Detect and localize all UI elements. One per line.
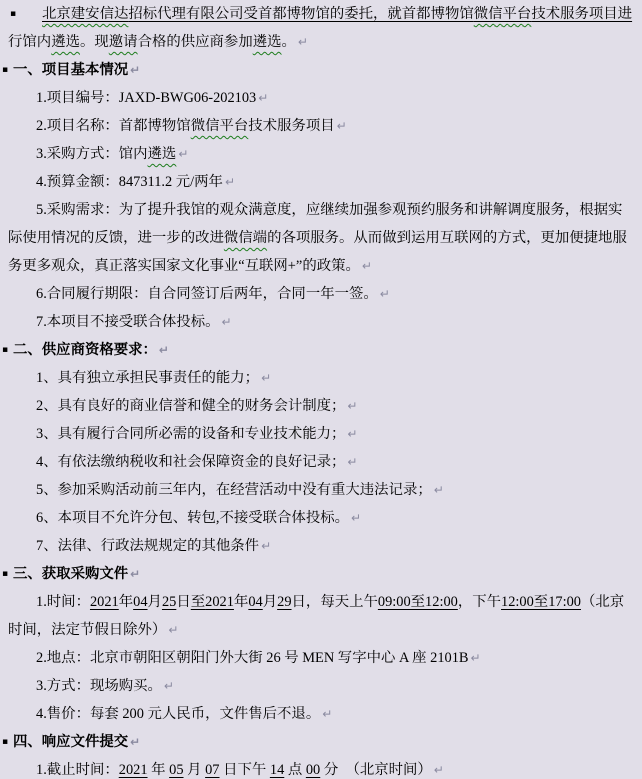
paragraph-mark-icon: ↵ [345,427,357,441]
text-run: 2.地点：北京市朝阳区朝阳门外大街 26 号 MEN 写字中心 A 座 2101… [36,650,469,666]
text-run: 6.合同履行期限：自合同签订后两年，合同一年一签。 [36,286,378,302]
text-run: 4、有依法缴纳税收和社会保障资金的良好记录； [36,454,345,470]
paragraph-mark-icon: ↵ [345,455,357,469]
text-run: 3.方式：现场购买。 [36,678,162,694]
paragraph-mark-icon: ↵ [259,371,271,385]
paragraph-mark-icon: ↵ [223,175,235,189]
text-run: 三、获取采购文件 [13,566,128,582]
list-item: 2、具有良好的商业信誉和健全的财务会计制度；↵ [8,392,636,420]
list-item: 1、具有独立承担民事责任的能力；↵ [8,364,636,392]
paragraph-mark-icon: ↵ [296,35,308,49]
bullet-square-icon: ▪ [2,336,8,364]
text-run: 2021 [90,594,119,610]
text-run: 2.项目名称：首都博物馆 [36,118,191,134]
text-run: 2021 [119,762,148,778]
text-run: 4.预算金额：847311.2 元/两年 [36,174,223,190]
paragraph-mark-icon: ↵ [378,287,390,301]
text-run: 4.售价：每套 200 元人民币，文件售后不退。 [36,706,320,722]
text-run: 7.本项目不接受联合体投标。 [36,314,219,330]
section-heading: ▪三、获取采购文件↵ [13,560,636,588]
text-run: 04 [248,594,262,610]
text-run: 一、项目基本情况 [13,62,128,78]
bullet-square-icon: ▪ [2,560,8,588]
text-run: （北京时间） [345,762,431,778]
list-item: 3.采购方式：馆内遴选↵ [8,140,636,168]
text-run: 微信平台 [474,6,532,22]
text-run: 分 [320,762,345,778]
paragraph-mark-icon: ↵ [432,763,444,777]
text-run: 行馆内 [8,34,51,50]
text-run: 合格的供应商参加 [138,34,253,50]
list-item: 5.采购需求：为了提升我馆的观众满意度，应继续加强参观预约服务和讲解调度服务，根… [8,196,636,280]
text-run: 1.截止时间： [36,762,119,778]
paragraph-mark-icon: ↵ [176,147,188,161]
list-item: 7.本项目不接受联合体投标。↵ [8,308,636,336]
list-item: 7、法律、行政法规规定的其他条件↵ [8,532,636,560]
list-item: 6.合同履行期限：自合同签订后两年，合同一年一签。↵ [8,280,636,308]
paragraph-mark-icon: ↵ [162,679,174,693]
paragraph-mark-icon: ↵ [469,651,481,665]
paragraph-mark-icon: ↵ [335,119,347,133]
text-run: 3、具有履行合同所必需的设备和专业技术能力； [36,426,345,442]
text-run: 北京建安信达 [42,6,128,22]
text-run-misspelled: 微信端 [224,230,267,246]
text-run: 1.时间： [36,594,90,610]
bullet-square-icon: ▪ [10,0,16,28]
list-item: 4.预算金额：847311.2 元/两年↵ [8,168,636,196]
paragraph-mark-icon: ↵ [345,399,357,413]
text-run-misspelled: 微信平台 [191,118,249,134]
paragraph-mark-icon: ↵ [219,315,231,329]
bullet-square-icon: ▪ [2,56,8,84]
paragraph-mark-icon: ↵ [157,343,169,357]
section-heading: ▪一、项目基本情况↵ [13,56,636,84]
text-run: 月 [263,594,277,610]
text-run: 。现 [80,34,109,50]
paragraph-mark-icon: ↵ [256,91,268,105]
text-run-misspelled: 邀请 [109,34,138,50]
list-item: 1.项目编号：JAXD-BWG06-202103↵ [8,84,636,112]
document-page: ▪北京建安信达招标代理有限公司受首都博物馆的委托，就首都博物馆微信平台技术服务项… [0,0,642,779]
text-run: 招标代理有限公司受首都博物馆的委托，就首都博物馆 [128,6,473,22]
body-paragraph: ▪北京建安信达招标代理有限公司受首都博物馆的委托，就首都博物馆微信平台技术服务项… [8,0,636,56]
text-run: 14 [270,762,284,778]
text-run: 2021 [205,594,234,610]
text-run: 29 [277,594,291,610]
text-run: 技术服务项目进 [531,6,632,22]
list-item: 5、参加采购活动前三年内，在经营活动中没有重大违法记录；↵ [8,476,636,504]
text-run-misspelled: 遴选 [148,146,177,162]
text-run: 07 [205,762,219,778]
text-run: 7、法律、行政法规规定的其他条件 [36,538,259,554]
text-run: 至 [191,594,205,610]
text-run: 年 [119,594,133,610]
list-item: 6、本项目不允许分包、转包,不接受联合体投标。↵ [8,504,636,532]
paragraph-mark-icon: ↵ [360,259,372,273]
list-item: 1.时间：2021年04月25日至2021年04月29日，每天上午09:00至1… [8,588,636,644]
paragraph-mark-icon: ↵ [349,511,361,525]
list-item: 4、有依法缴纳税收和社会保障资金的良好记录；↵ [8,448,636,476]
paragraph-mark-icon: ↵ [432,483,444,497]
section-heading: ▪二、供应商资格要求：↵ [13,336,636,364]
list-item: 2.项目名称：首都博物馆微信平台技术服务项目↵ [8,112,636,140]
list-item: 3.方式：现场购买。↵ [8,672,636,700]
text-run: ，下午 [458,594,501,610]
text-run: 1、具有独立承担民事责任的能力； [36,370,259,386]
list-item: 4.售价：每套 200 元人民币，文件售后不退。↵ [8,700,636,728]
text-run: 6、本项目不允许分包、转包,不接受联合体投标。 [36,510,349,526]
text-run: 点 [284,762,306,778]
text-run: 年 [148,762,170,778]
text-run: 日 [176,594,190,610]
text-run: 3.采购方式：馆内 [36,146,148,162]
text-run: 05 [169,762,183,778]
text-run: 2、具有良好的商业信誉和健全的财务会计制度； [36,398,345,414]
text-run: 月 [184,762,206,778]
paragraph-mark-icon: ↵ [320,707,332,721]
text-run: 日下午 [220,762,270,778]
text-run: 25 [162,594,176,610]
text-run: 09:00至12:00 [378,594,458,610]
text-run: 。 [282,34,296,50]
paragraph-mark-icon: ↵ [128,63,140,77]
bullet-square-icon: ▪ [2,728,8,756]
text-run: 二、供应商资格要求： [13,342,157,358]
paragraph-mark-icon: ↵ [166,623,178,637]
text-run: 月 [148,594,162,610]
paragraph-mark-icon: ↵ [128,735,140,749]
text-run: 00 [306,762,320,778]
text-run-misspelled: 北京建安信达 [42,6,128,22]
text-run: 04 [133,594,147,610]
list-item: 3、具有履行合同所必需的设备和专业技术能力；↵ [8,420,636,448]
list-item: 2.地点：北京市朝阳区朝阳门外大街 26 号 MEN 写字中心 A 座 2101… [8,644,636,672]
paragraph-mark-icon: ↵ [128,567,140,581]
text-run-misspelled: 遴选 [51,34,80,50]
list-item: 1.截止时间：2021 年 05 月 07 日下午 14 点 00 分 （北京时… [8,756,636,779]
text-run-misspelled: 遴选 [253,34,282,50]
text-run: 技术服务项目 [248,118,334,134]
text-run: 日，每天上午 [292,594,378,610]
text-run: 年 [234,594,248,610]
text-run: 12:00至17:00 [501,594,581,610]
text-run: 5、参加采购活动前三年内，在经营活动中没有重大违法记录； [36,482,432,498]
section-heading: ▪四、响应文件提交↵ [13,728,636,756]
text-run-misspelled: 微信平台 [474,6,532,22]
paragraph-mark-icon: ↵ [259,539,271,553]
text-run: 1.项目编号：JAXD-BWG06-202103 [36,90,256,106]
text-run: 四、响应文件提交 [13,734,128,750]
